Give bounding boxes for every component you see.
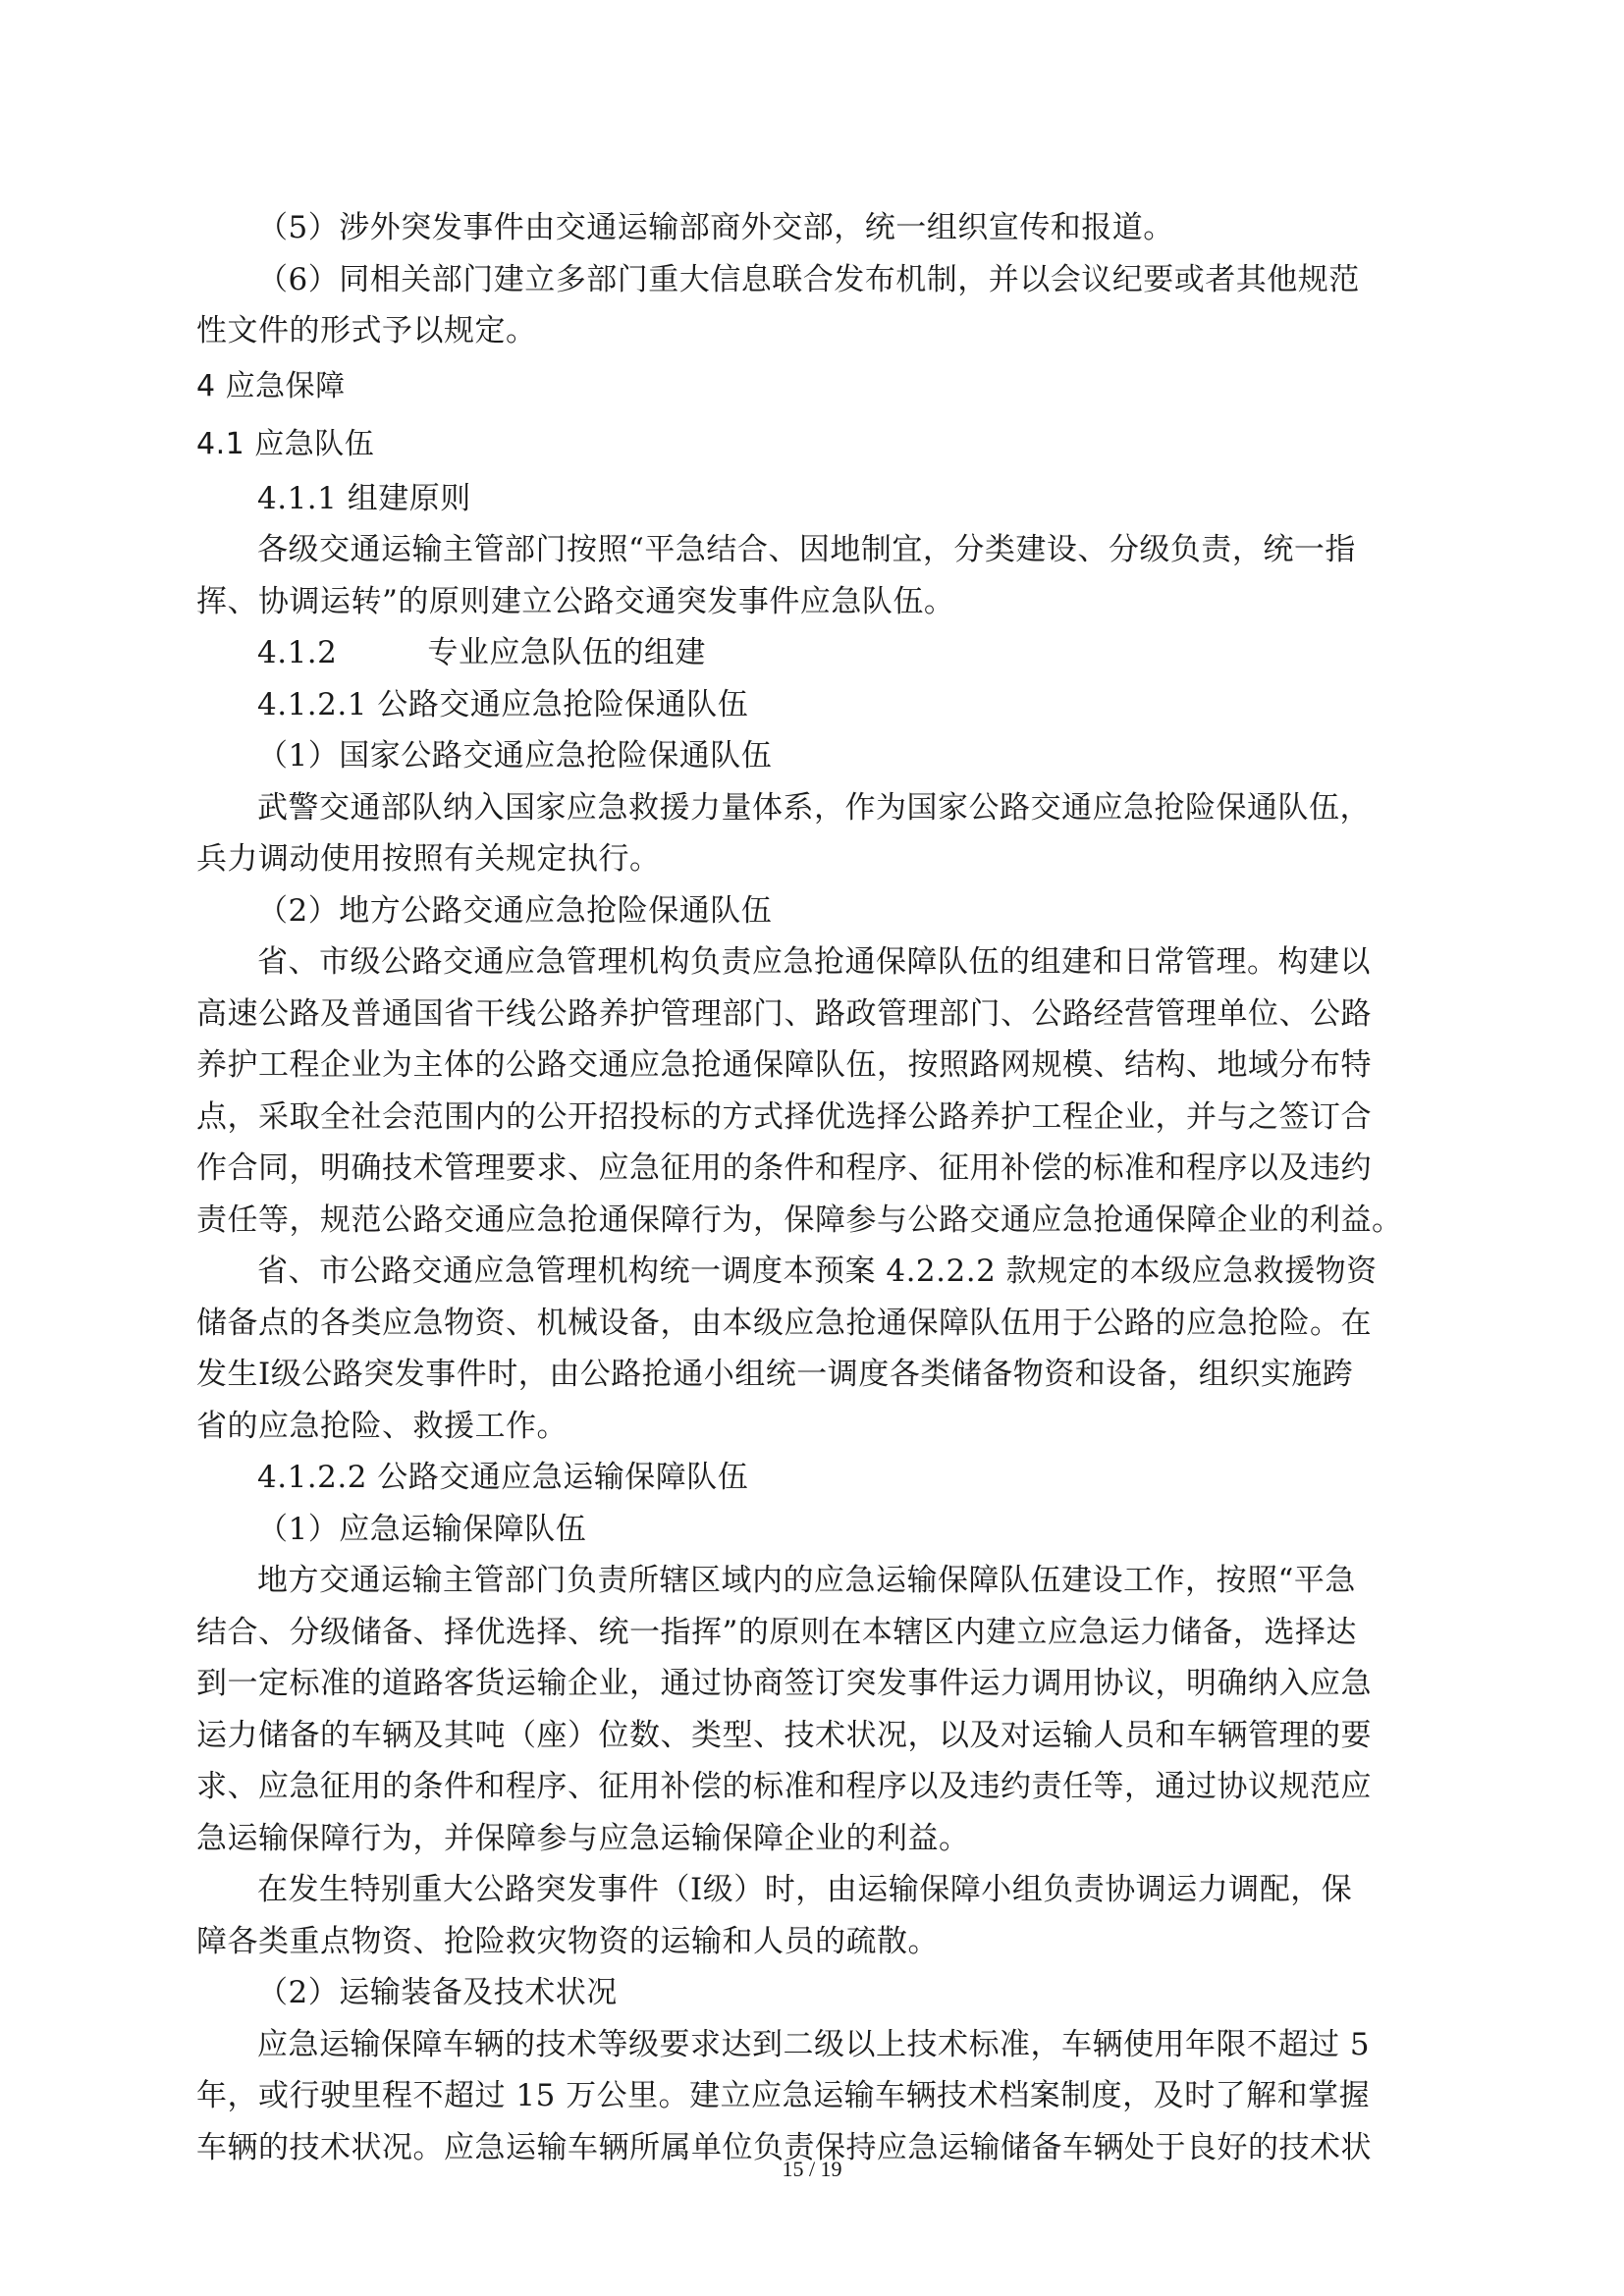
paragraph-line: 责任等，规范公路交通应急抢通保障行为，保障参与公路交通应急抢通保障企业的利益。 <box>196 1195 1443 1247</box>
section-heading-4: 4 应急保障 <box>196 357 1443 416</box>
subsection-heading-4-1-1: 4.1.1 组建原则 <box>196 473 1443 525</box>
paragraph-line: （2）运输装备及技术状况 <box>196 1967 1443 2019</box>
section-title: 专业应急队伍的组建 <box>427 635 706 670</box>
paragraph-line: 地方交通运输主管部门负责所辖区域内的应急运输保障队伍建设工作，按照“平急 <box>196 1555 1443 1607</box>
paragraph-line: 在发生特别重大公路突发事件（Ⅰ级）时，由运输保障小组负责协调运力调配，保 <box>196 1864 1443 1916</box>
paragraph-line: 武警交通部队纳入国家应急救援力量体系，作为国家公路交通应急抢险保通队伍， <box>196 782 1443 834</box>
paragraph-line: 求、应急征用的条件和程序、征用补偿的标准和程序以及违约责任等，通过协议规范应 <box>196 1761 1443 1813</box>
paragraph-line: 挥、协调运转”的原则建立公路交通突发事件应急队伍。 <box>196 576 1443 628</box>
subsection-heading-4-1-2: 4.1.2专业应急队伍的组建 <box>196 627 1443 679</box>
paragraph-line: （2）地方公路交通应急抢险保通队伍 <box>196 885 1443 937</box>
paragraph-line: （1）应急运输保障队伍 <box>196 1504 1443 1556</box>
page-number: 15 / 19 <box>0 2157 1624 2182</box>
paragraph-line: 急运输保障行为，并保障参与应急运输保障企业的利益。 <box>196 1813 1443 1865</box>
paragraph-line: 点，采取全社会范围内的公开招投标的方式择优选择公路养护工程企业，并与之签订合 <box>196 1092 1443 1144</box>
paragraph-line: 省的应急抢险、救援工作。 <box>196 1401 1443 1453</box>
paragraph-line: 结合、分级储备、择优选择、统一指挥”的原则在本辖区内建立应急运力储备，选择达 <box>196 1607 1443 1659</box>
document-page: （5）涉外突发事件由交通运输部商外交部，统一组织宣传和报道。 （6）同相关部门建… <box>196 202 1443 2173</box>
paragraph-line: 发生Ⅰ级公路突发事件时，由公路抢通小组统一调度各类储备物资和设备，组织实施跨 <box>196 1349 1443 1401</box>
section-number: 4.1.2 <box>257 635 337 670</box>
paragraph-line: 省、市级公路交通应急管理机构负责应急抢通保障队伍的组建和日常管理。构建以 <box>196 936 1443 988</box>
paragraph-line: 兵力调动使用按照有关规定执行。 <box>196 833 1443 885</box>
paragraph-line: （5）涉外突发事件由交通运输部商外交部，统一组织宣传和报道。 <box>196 202 1443 254</box>
paragraph-line: 应急运输保障车辆的技术等级要求达到二级以上技术标准，车辆使用年限不超过 5 <box>196 2019 1443 2071</box>
subsection-heading-4-1-2-2: 4.1.2.2 公路交通应急运输保障队伍 <box>196 1452 1443 1504</box>
paragraph-line: 性文件的形式予以规定。 <box>196 305 1443 357</box>
paragraph-line: 运力储备的车辆及其吨（座）位数、类型、技术状况，以及对运输人员和车辆管理的要 <box>196 1710 1443 1762</box>
paragraph-line: 各级交通运输主管部门按照“平急结合、因地制宜，分类建设、分级负责，统一指 <box>196 524 1443 576</box>
section-heading-4-1: 4.1 应急队伍 <box>196 416 1443 473</box>
paragraph-line: 障各类重点物资、抢险救灾物资的运输和人员的疏散。 <box>196 1916 1443 1968</box>
paragraph-line: （1）国家公路交通应急抢险保通队伍 <box>196 730 1443 782</box>
subsection-heading-4-1-2-1: 4.1.2.1 公路交通应急抢险保通队伍 <box>196 679 1443 731</box>
paragraph-line: 省、市公路交通应急管理机构统一调度本预案 4.2.2.2 款规定的本级应急救援物… <box>196 1246 1443 1298</box>
paragraph-line: 年，或行驶里程不超过 15 万公里。建立应急运输车辆技术档案制度，及时了解和掌握 <box>196 2070 1443 2122</box>
paragraph-line: （6）同相关部门建立多部门重大信息联合发布机制，并以会议纪要或者其他规范 <box>196 254 1443 306</box>
paragraph-line: 作合同，明确技术管理要求、应急征用的条件和程序、征用补偿的标准和程序以及违约 <box>196 1143 1443 1195</box>
paragraph-line: 养护工程企业为主体的公路交通应急抢通保障队伍，按照路网规模、结构、地域分布特 <box>196 1040 1443 1092</box>
paragraph-line: 高速公路及普通国省干线公路养护管理部门、路政管理部门、公路经营管理单位、公路 <box>196 988 1443 1041</box>
paragraph-line: 到一定标准的道路客货运输企业，通过协商签订突发事件运力调用协议，明确纳入应急 <box>196 1658 1443 1710</box>
paragraph-line: 储备点的各类应急物资、机械设备，由本级应急抢通保障队伍用于公路的应急抢险。在 <box>196 1298 1443 1350</box>
